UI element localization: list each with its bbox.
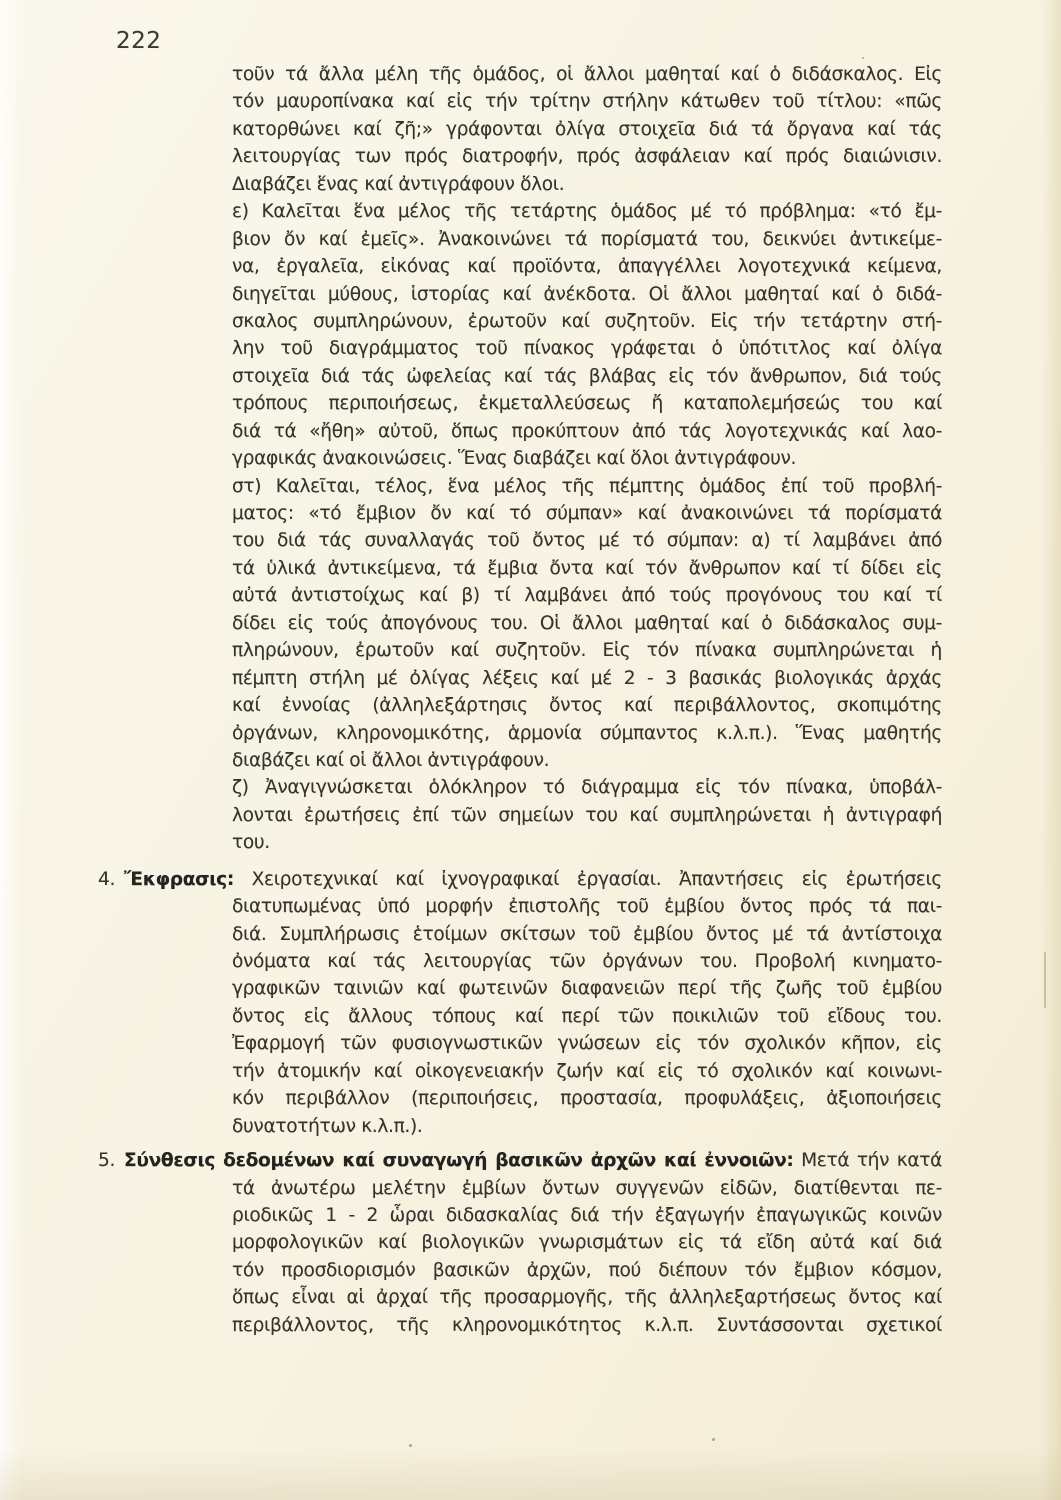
text-line: διατυπωμένας ὑπό μορφήν ἐπιστολῆς τοῦ ἐμ…: [232, 893, 942, 920]
text-line: ὄντος εἰς ἄλλους τόπους καί περί τῶν ποι…: [232, 1003, 942, 1030]
text-line: τόν μαυροπίνακα καί εἰς τήν τρίτην στήλη…: [232, 88, 942, 115]
text-line: πέμπτη στήλη μέ ὀλίγας λέξεις καί μέ 2 -…: [232, 665, 942, 692]
text-line: αὐτά ἀντιστοίχως καί β) τί λαμβάνει ἀπό …: [232, 582, 942, 609]
text-line: γραφικάς ἀνακοινώσεις. Ἕνας διαβάζει καί…: [232, 445, 942, 472]
text-line: του διά τάς συναλλαγάς τοῦ ὄντος μέ τό σ…: [232, 527, 942, 554]
scan-speckle: [712, 1438, 715, 1441]
text-line: Ἐφαρμογή τῶν φυσιογνωστικῶν γνώσεων εἰς …: [232, 1030, 942, 1057]
scan-scratch-artifact: [1044, 952, 1046, 1008]
text-line: μορφολογικῶν καί βιολογικῶν γνωρισμάτων …: [232, 1229, 942, 1256]
scan-speckle: [862, 57, 864, 59]
text-line: να, ἐργαλεῖα, εἰκόνας καί προϊόντα, ἀπαγ…: [232, 253, 942, 280]
page-number: 222: [116, 28, 161, 54]
scan-speckle: [409, 1444, 412, 1447]
text-line: στ) Καλεῖται, τέλος, ἕνα μέλος τῆς πέμπτ…: [232, 473, 942, 500]
line-text: Χειροτεχνικαί καί ἰχνογραφικαί ἐργασίαι.…: [234, 869, 942, 890]
text-line: περιβάλλοντος, τῆς κληρονομικότητος κ.λ.…: [232, 1312, 942, 1339]
text-block: τοῦν τά ἄλλα μέλη τῆς ὁμάδος, οἱ ἄλλοι μ…: [232, 61, 942, 1339]
text-line: τόν προσδιορισμόν βασικῶν ἀρχῶν, πού διέ…: [232, 1257, 942, 1284]
text-line: κόν περιβάλλον (περιποιήσεις, προστασία,…: [232, 1085, 942, 1112]
text-line: διαβάζει καί οἱ ἄλλοι ἀντιγράφουν.: [232, 747, 942, 774]
text-line: τά ὑλικά ἀντικείμενα, τά ἔμβια ὄντα καί …: [232, 555, 942, 582]
text-line: διά τά «ἤθη» αὐτοῦ, ὅπως προκύπτουν ἀπό …: [232, 418, 942, 445]
text-line: Διαβάζει ἕνας καί ἀντιγράφουν ὅλοι.: [232, 171, 942, 198]
text-line: τρόπους περιποιήσεως, ἐκμεταλλεύσεως ἤ κ…: [232, 390, 942, 417]
text-line: ε) Καλεῖται ἕνα μέλος τῆς τετάρτης ὁμάδο…: [232, 198, 942, 225]
text-line: σκαλος συμπληρώνουν, ἐρωτοῦν καί συζητοῦ…: [232, 308, 942, 335]
line-text: Μετά τήν κατά: [794, 1150, 942, 1171]
text-line: βιον ὄν καί ἐμεῖς». Ἀνακοινώνει τά πορίσ…: [232, 226, 942, 253]
text-line: του.: [232, 829, 942, 856]
paragraph-epsilon: ε) Καλεῖται ἕνα μέλος τῆς τετάρτης ὁμάδο…: [232, 198, 942, 472]
text-line: ριοδικῶς 1 - 2 ὧραι διδασκαλίας διά τήν …: [232, 1202, 942, 1229]
paragraph-stigma: στ) Καλεῖται, τέλος, ἕνα μέλος τῆς πέμπτ…: [232, 473, 942, 775]
text-line: διηγεῖται μύθους, ἱστορίας καί ἀνέκδοτα.…: [232, 281, 942, 308]
text-line: δίδει εἰς τούς ἀπογόνους του. Οἱ ἄλλοι μ…: [232, 610, 942, 637]
text-line: δυνατοτήτων κ.λ.π.).: [232, 1113, 942, 1140]
list-item-number: 5.: [98, 1150, 115, 1171]
text-line: ζ) Ἀναγιγνώσκεται ὁλόκληρον τό διάγραμμα…: [232, 774, 942, 801]
run-in-heading: Σύνθεσις δεδομένων καί συναγωγή βασικῶν …: [124, 1150, 793, 1171]
list-item-4: 4.Ἔκφρασις: Χειροτεχνικαί καί ἰχνογραφικ…: [232, 866, 942, 1140]
text-line: ὀργάνων, κληρονομικότης, ἁρμονία σύμπαντ…: [232, 720, 942, 747]
text-line: ὀνόματα καί τάς λειτουργίας τῶν ὀργάνων …: [232, 948, 942, 975]
text-line: πληρώνουν, ἐρωτοῦν καί συζητοῦν. Εἰς τόν…: [232, 637, 942, 664]
text-line: ματος: «τό ἔμβιον ὄν καί τό σύμπαν» καί …: [232, 500, 942, 527]
text-line: λην τοῦ διαγράμματος τοῦ πίνακος γράφετα…: [232, 335, 942, 362]
text-line: κατορθώνει καί ζῆ;» γράφονται ὀλίγα στοι…: [232, 116, 942, 143]
list-item-number: 4.: [98, 869, 115, 890]
run-in-heading: Ἔκφρασις:: [124, 869, 234, 890]
paragraph-continuation: τοῦν τά ἄλλα μέλη τῆς ὁμάδος, οἱ ἄλλοι μ…: [232, 61, 942, 198]
text-line: 5.Σύνθεσις δεδομένων καί συναγωγή βασικῶ…: [98, 1147, 942, 1174]
list-item-5: 5.Σύνθεσις δεδομένων καί συναγωγή βασικῶ…: [232, 1147, 942, 1339]
text-line: 4.Ἔκφρασις: Χειροτεχνικαί καί ἰχνογραφικ…: [98, 866, 942, 893]
text-line: τά ἀνωτέρω μελέτην ἐμβίων ὄντων συγγενῶν…: [232, 1175, 942, 1202]
text-line: διά. Συμπλήρωσις ἑτοίμων σκίτσων τοῦ ἐμβ…: [232, 921, 942, 948]
text-line: τήν ἀτομικήν καί οἰκογενειακήν ζωήν καί …: [232, 1058, 942, 1085]
text-line: στοιχεῖα διά τάς ὠφελείας καί τάς βλάβας…: [232, 363, 942, 390]
text-line: τοῦν τά ἄλλα μέλη τῆς ὁμάδος, οἱ ἄλλοι μ…: [232, 61, 942, 88]
text-line: γραφικῶν ταινιῶν καί φωτεινῶν διαφανειῶν…: [232, 975, 942, 1002]
paragraph-zeta: ζ) Ἀναγιγνώσκεται ὁλόκληρον τό διάγραμμα…: [232, 774, 942, 856]
text-line: ὅπως εἶναι αἱ ἀρχαί τῆς προσαρμογῆς, τῆς…: [232, 1284, 942, 1311]
text-line: λειτουργίας των πρός διατροφήν, πρός ἀσφ…: [232, 143, 942, 170]
text-line: λονται ἐρωτήσεις ἐπί τῶν σημείων του καί…: [232, 802, 942, 829]
text-line: καί ἐννοίας (ἀλληλεξάρτησις ὄντος καί πε…: [232, 692, 942, 719]
